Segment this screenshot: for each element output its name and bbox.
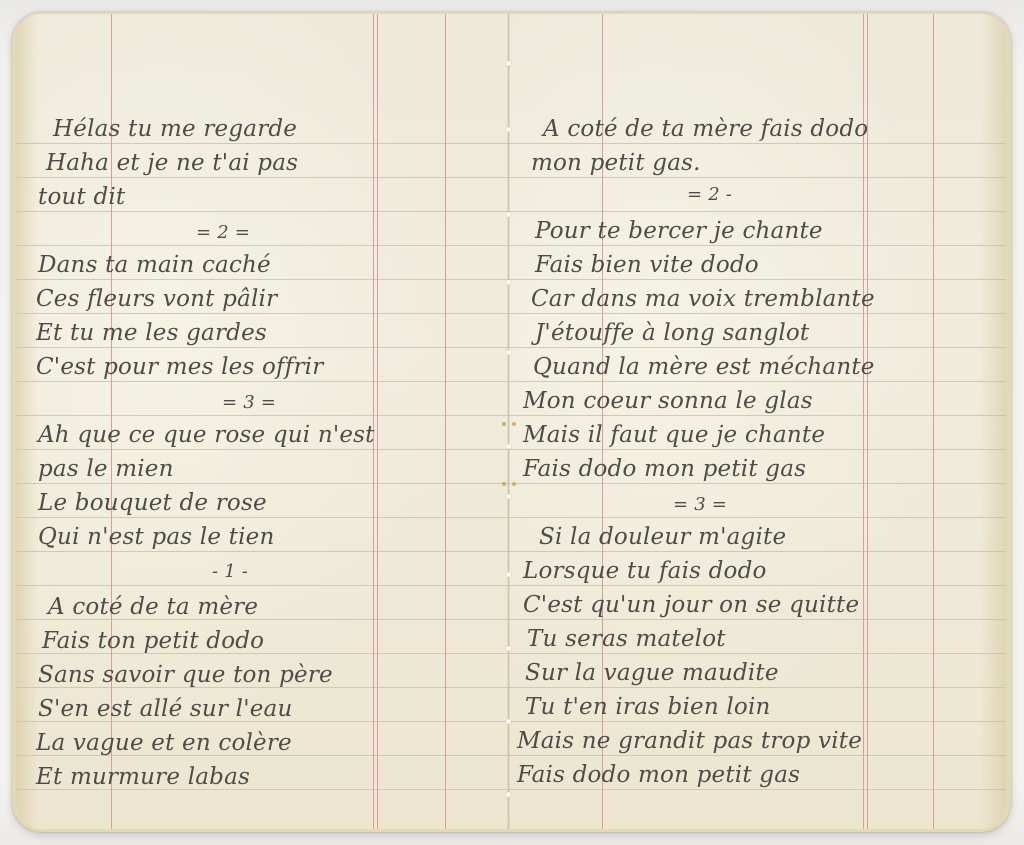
rust-stain [512, 422, 516, 426]
ruled-line [509, 585, 1006, 586]
binding-hole [506, 719, 511, 724]
ruled-line [509, 245, 1006, 246]
ruled-line [16, 347, 508, 348]
stanza-number: = 2 - [687, 186, 732, 204]
handwritten-line: Tu t'en iras bien loin [525, 696, 771, 719]
handwritten-line: La vague et en colère [36, 732, 292, 755]
handwritten-line: A coté de ta mère fais dodo [543, 118, 868, 141]
ruled-line [509, 177, 1006, 178]
binding-hole [506, 572, 511, 577]
notebook-spread: Hélas tu me regarde Haha et je ne t'ai p… [16, 14, 1006, 829]
ruled-line [16, 415, 508, 416]
handwritten-line: Tu seras matelot [527, 628, 726, 651]
binding-hole [506, 127, 511, 132]
ruled-line [16, 245, 508, 246]
handwritten-line: Fais dodo mon petit gas [523, 458, 806, 481]
handwritten-line: Fais dodo mon petit gas [517, 764, 800, 787]
handwritten-line: Si la douleur m'agite [539, 526, 786, 549]
handwritten-line: Sans savoir que ton père [38, 664, 333, 687]
ruled-line [509, 653, 1006, 654]
ruled-line [509, 551, 1006, 552]
binding-hole [506, 494, 511, 499]
handwritten-line: Haha et je ne t'ai pas [46, 152, 298, 175]
stanza-number: - 1 - [212, 563, 248, 581]
binding-hole [506, 212, 511, 217]
ruled-line [16, 177, 508, 178]
page-gutter [507, 14, 510, 829]
ruled-line [509, 755, 1006, 756]
handwritten-line: Et tu me les gardes [36, 322, 267, 345]
handwritten-line: Sur la vague maudite [525, 662, 779, 685]
ruled-line [509, 347, 1006, 348]
handwritten-line: Mon coeur sonna le glas [523, 390, 813, 413]
ruled-line [509, 721, 1006, 722]
ruled-line [509, 211, 1006, 212]
handwritten-line: mon petit gas. [531, 152, 701, 175]
ruled-line [16, 517, 508, 518]
margin-line [377, 14, 378, 829]
ruled-line [16, 483, 508, 484]
ruled-line [509, 483, 1006, 484]
handwritten-line: Pour te bercer je chante [535, 220, 823, 243]
handwritten-line: Fais ton petit dodo [42, 630, 264, 653]
ruled-line [16, 313, 508, 314]
handwritten-line: C'est qu'un jour on se quitte [523, 594, 859, 617]
handwritten-line: Ces fleurs vont pâlir [36, 288, 277, 311]
handwritten-line: tout dit [38, 186, 125, 209]
handwritten-line: pas le mien [38, 458, 174, 481]
handwritten-line: C'est pour mes les offrir [36, 356, 323, 379]
handwritten-line: Fais bien vite dodo [535, 254, 759, 277]
ruled-line [16, 143, 508, 144]
ruled-line [509, 687, 1006, 688]
ruled-line [16, 211, 508, 212]
ruled-line [509, 619, 1006, 620]
handwritten-line: Qui n'est pas le tien [38, 526, 275, 549]
binding-hole [506, 792, 511, 797]
ruled-line [509, 415, 1006, 416]
ruled-line [509, 381, 1006, 382]
handwritten-line: Quand la mère est méchante [533, 356, 875, 379]
ruled-line [509, 789, 1006, 790]
ruled-line [509, 313, 1006, 314]
margin-line [933, 14, 934, 829]
stanza-number: = 2 = [196, 224, 250, 242]
ruled-line [16, 279, 508, 280]
handwritten-line: Dans ta main caché [38, 254, 271, 277]
left-page: Hélas tu me regarde Haha et je ne t'ai p… [16, 14, 509, 829]
binding-hole [506, 280, 511, 285]
handwritten-line: Hélas tu me regarde [53, 118, 297, 141]
ruled-line [16, 585, 508, 586]
handwritten-line: Mais il faut que je chante [523, 424, 825, 447]
right-page: A coté de ta mère fais dodo mon petit ga… [509, 14, 1006, 829]
rust-stain [502, 422, 506, 426]
binding-hole [506, 444, 511, 449]
ruled-line [16, 551, 508, 552]
handwritten-line: Car dans ma voix tremblante [531, 288, 875, 311]
rust-stain [512, 482, 516, 486]
ruled-line [16, 381, 508, 382]
stanza-number: = 3 = [222, 394, 276, 412]
handwritten-line: Lorsque tu fais dodo [523, 560, 767, 583]
ruled-line [509, 517, 1006, 518]
handwritten-line: J'étouffe à long sanglot [535, 322, 809, 345]
binding-hole [506, 350, 511, 355]
binding-hole [506, 646, 511, 651]
handwritten-line: S'en est allé sur l'eau [38, 698, 292, 721]
ruled-line [509, 279, 1006, 280]
handwritten-line: Et murmure labas [36, 766, 250, 789]
binding-hole [506, 61, 511, 66]
stanza-number: = 3 = [673, 496, 727, 514]
handwritten-line: Mais ne grandit pas trop vite [517, 730, 862, 753]
handwritten-line: A coté de ta mère [48, 596, 258, 619]
ruled-line [509, 449, 1006, 450]
ruled-line [16, 449, 508, 450]
ruled-line [509, 143, 1006, 144]
handwritten-line: Le bouquet de rose [38, 492, 267, 515]
margin-line [445, 14, 446, 829]
handwritten-line: Ah que ce que rose qui n'est [38, 424, 375, 447]
rust-stain [502, 482, 506, 486]
